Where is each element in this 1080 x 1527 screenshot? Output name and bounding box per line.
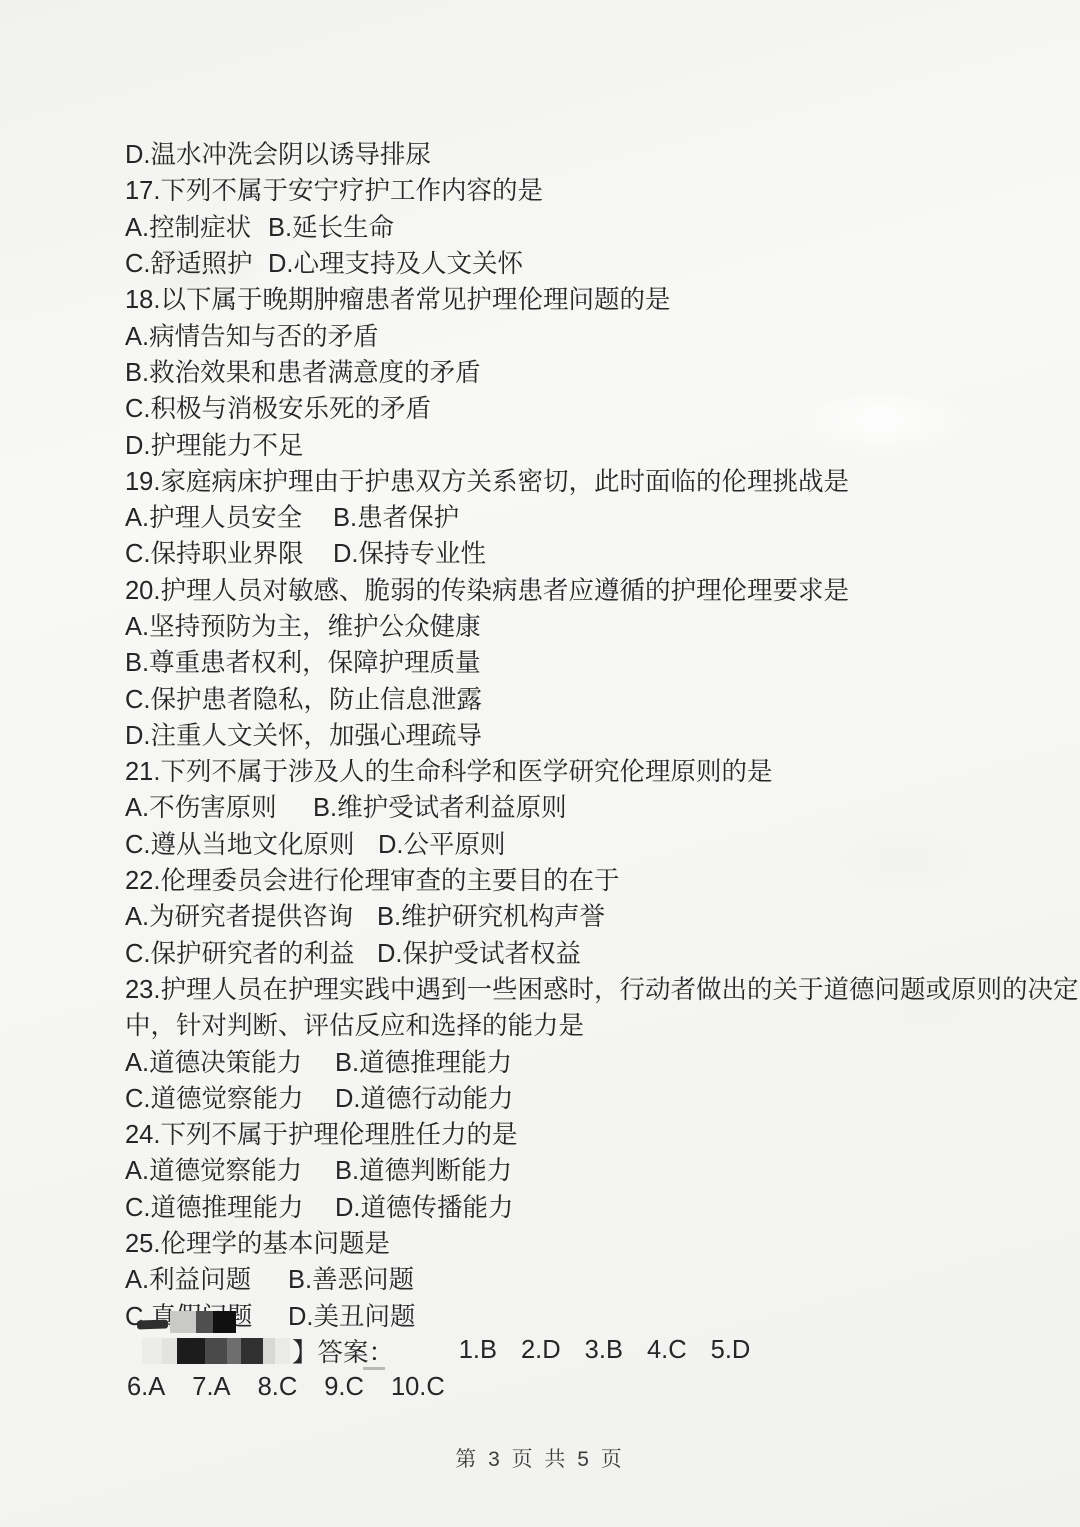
redaction-mosaic (142, 1338, 290, 1364)
option-19-a: A.护理人员安全 (125, 498, 333, 534)
answer-8: 8.C (258, 1373, 298, 1402)
option-23-d: D.道德行动能力 (335, 1079, 514, 1115)
question-24-options-ab: A.道德觉察能力B.道德判断能力 (125, 1151, 1025, 1187)
scan-artifact-dash (363, 1367, 385, 1370)
option-20-c: C.保护患者隐私，防止信息泄露 (125, 679, 1025, 715)
answer-5: 5.D (711, 1336, 751, 1364)
question-18-stem: 18.以下属于晚期肿瘤患者常见护理伦理问题的是 (125, 280, 1025, 316)
option-25-d: D.美丑问题 (288, 1297, 416, 1333)
question-25-options-ab: A.利益问题B.善恶问题 (125, 1260, 1025, 1296)
option-18-b: B.救治效果和患者满意度的矛盾 (125, 353, 1025, 389)
option-20-a: A.坚持预防为主，维护公众健康 (125, 607, 1025, 643)
question-25-stem: 25.伦理学的基本问题是 (125, 1224, 1025, 1260)
question-19-stem: 19.家庭病床护理由于护患双方关系密切，此时面临的伦理挑战是 (125, 462, 1025, 498)
answer-key-line-1: 】答案： 1.B2.D3.B4.C5.D (142, 1333, 1025, 1369)
question-23-options-ab: A.道德决策能力B.道德推理能力 (125, 1042, 1025, 1078)
option-22-b: B.维护研究机构声誉 (377, 897, 605, 933)
option-20-b: B.尊重患者权利，保障护理质量 (125, 643, 1025, 679)
option-24-c: C.道德推理能力 (125, 1188, 335, 1224)
redaction-blocks (170, 1311, 236, 1333)
answer-6: 6.A (127, 1373, 165, 1402)
question-17-options-cd: C.舒适照护D.心理支持及人文关怀 (125, 244, 1025, 280)
answer-items-1-5: 1.B2.D3.B4.C5.D (402, 1307, 774, 1394)
option-22-a: A.为研究者提供咨询 (125, 897, 377, 933)
option-18-d: D.护理能力不足 (125, 425, 1025, 461)
option-18-c: C.积极与消极安乐死的矛盾 (125, 389, 1025, 425)
option-24-d: D.道德传播能力 (335, 1188, 514, 1224)
option-21-a: A.不伤害原则 (125, 788, 313, 824)
question-22-stem: 22.伦理委员会进行伦理审查的主要目的在于 (125, 861, 1025, 897)
page-footer: 第 3 页 共 5 页 (0, 1443, 1080, 1473)
option-22-d: D.保护受试者权益 (377, 934, 581, 970)
option-21-c: C.遵从当地文化原则 (125, 825, 378, 861)
answer-1: 1.B (459, 1336, 497, 1364)
answer-9: 9.C (324, 1373, 364, 1402)
question-21-stem: 21.下列不属于涉及人的生命科学和医学研究伦理原则的是 (125, 752, 1025, 788)
option-20-d: D.注重人文关怀，加强心理疏导 (125, 716, 1025, 752)
question-22-options-cd: C.保护研究者的利益D.保护受试者权益 (125, 934, 1025, 970)
option-17-d: D.心理支持及人文关怀 (268, 244, 523, 280)
option-23-b: B.道德推理能力 (335, 1043, 512, 1079)
question-22-options-ab: A.为研究者提供咨询B.维护研究机构声誉 (125, 897, 1025, 933)
option-19-b: B.患者保护 (333, 498, 459, 534)
question-list: D.温水冲洗会阴以诱导排尿 17.下列不属于安宁疗护工作内容的是 A.控制症状B… (125, 135, 1025, 1405)
option-17-c: C.舒适照护 (125, 244, 268, 280)
question-23-stem-line2: 中，针对判断、评估反应和选择的能力是 (125, 1006, 1025, 1042)
option-19-d: D.保持专业性 (333, 534, 486, 570)
answer-key-label: 】答案： (292, 1333, 394, 1369)
option-23-c: C.道德觉察能力 (125, 1079, 335, 1115)
answer-4: 4.C (647, 1336, 687, 1364)
option-19-c: C.保持职业界限 (125, 534, 333, 570)
question-17-stem: 17.下列不属于安宁疗护工作内容的是 (125, 171, 1025, 207)
option-21-b: B.维护受试者利益原则 (313, 788, 567, 824)
question-24-stem: 24.下列不属于护理伦理胜任力的是 (125, 1115, 1025, 1151)
answer-10: 10.C (391, 1373, 445, 1402)
option-24-b: B.道德判断能力 (335, 1151, 512, 1187)
question-21-options-ab: A.不伤害原则B.维护受试者利益原则 (125, 788, 1025, 824)
question-23-stem-line1: 23.护理人员在护理实践中遇到一些困惑时，行动者做出的关于道德问题或原则的决定 (125, 970, 1025, 1006)
question-17-options-ab: A.控制症状B.延长生命 (125, 208, 1025, 244)
question-24-options-cd: C.道德推理能力D.道德传播能力 (125, 1188, 1025, 1224)
option-17-a: A.控制症状 (125, 208, 268, 244)
answer-2: 2.D (521, 1336, 561, 1364)
option-25-b: B.善恶问题 (288, 1260, 414, 1296)
option-25-a: A.利益问题 (125, 1260, 288, 1296)
option-22-c: C.保护研究者的利益 (125, 934, 377, 970)
document-page: D.温水冲洗会阴以诱导排尿 17.下列不属于安宁疗护工作内容的是 A.控制症状B… (0, 0, 1080, 1527)
question-23-options-cd: C.道德觉察能力D.道德行动能力 (125, 1079, 1025, 1115)
option-23-a: A.道德决策能力 (125, 1043, 335, 1079)
question-21-options-cd: C.遵从当地文化原则D.公平原则 (125, 825, 1025, 861)
option-18-a: A.病情告知与否的矛盾 (125, 316, 1025, 352)
answer-7: 7.A (192, 1373, 230, 1402)
option-24-a: A.道德觉察能力 (125, 1151, 335, 1187)
option-21-d: D.公平原则 (378, 825, 506, 861)
redaction-smudge (137, 1319, 168, 1329)
option-17-b: B.延长生命 (268, 208, 394, 244)
option-line-q16-d: D.温水冲洗会阴以诱导排尿 (125, 135, 1025, 171)
question-20-stem: 20.护理人员对敏感、脆弱的传染病患者应遵循的护理伦理要求是 (125, 571, 1025, 607)
question-19-options-cd: C.保持职业界限D.保持专业性 (125, 534, 1025, 570)
answer-3: 3.B (585, 1336, 623, 1364)
question-19-options-ab: A.护理人员安全B.患者保护 (125, 498, 1025, 534)
